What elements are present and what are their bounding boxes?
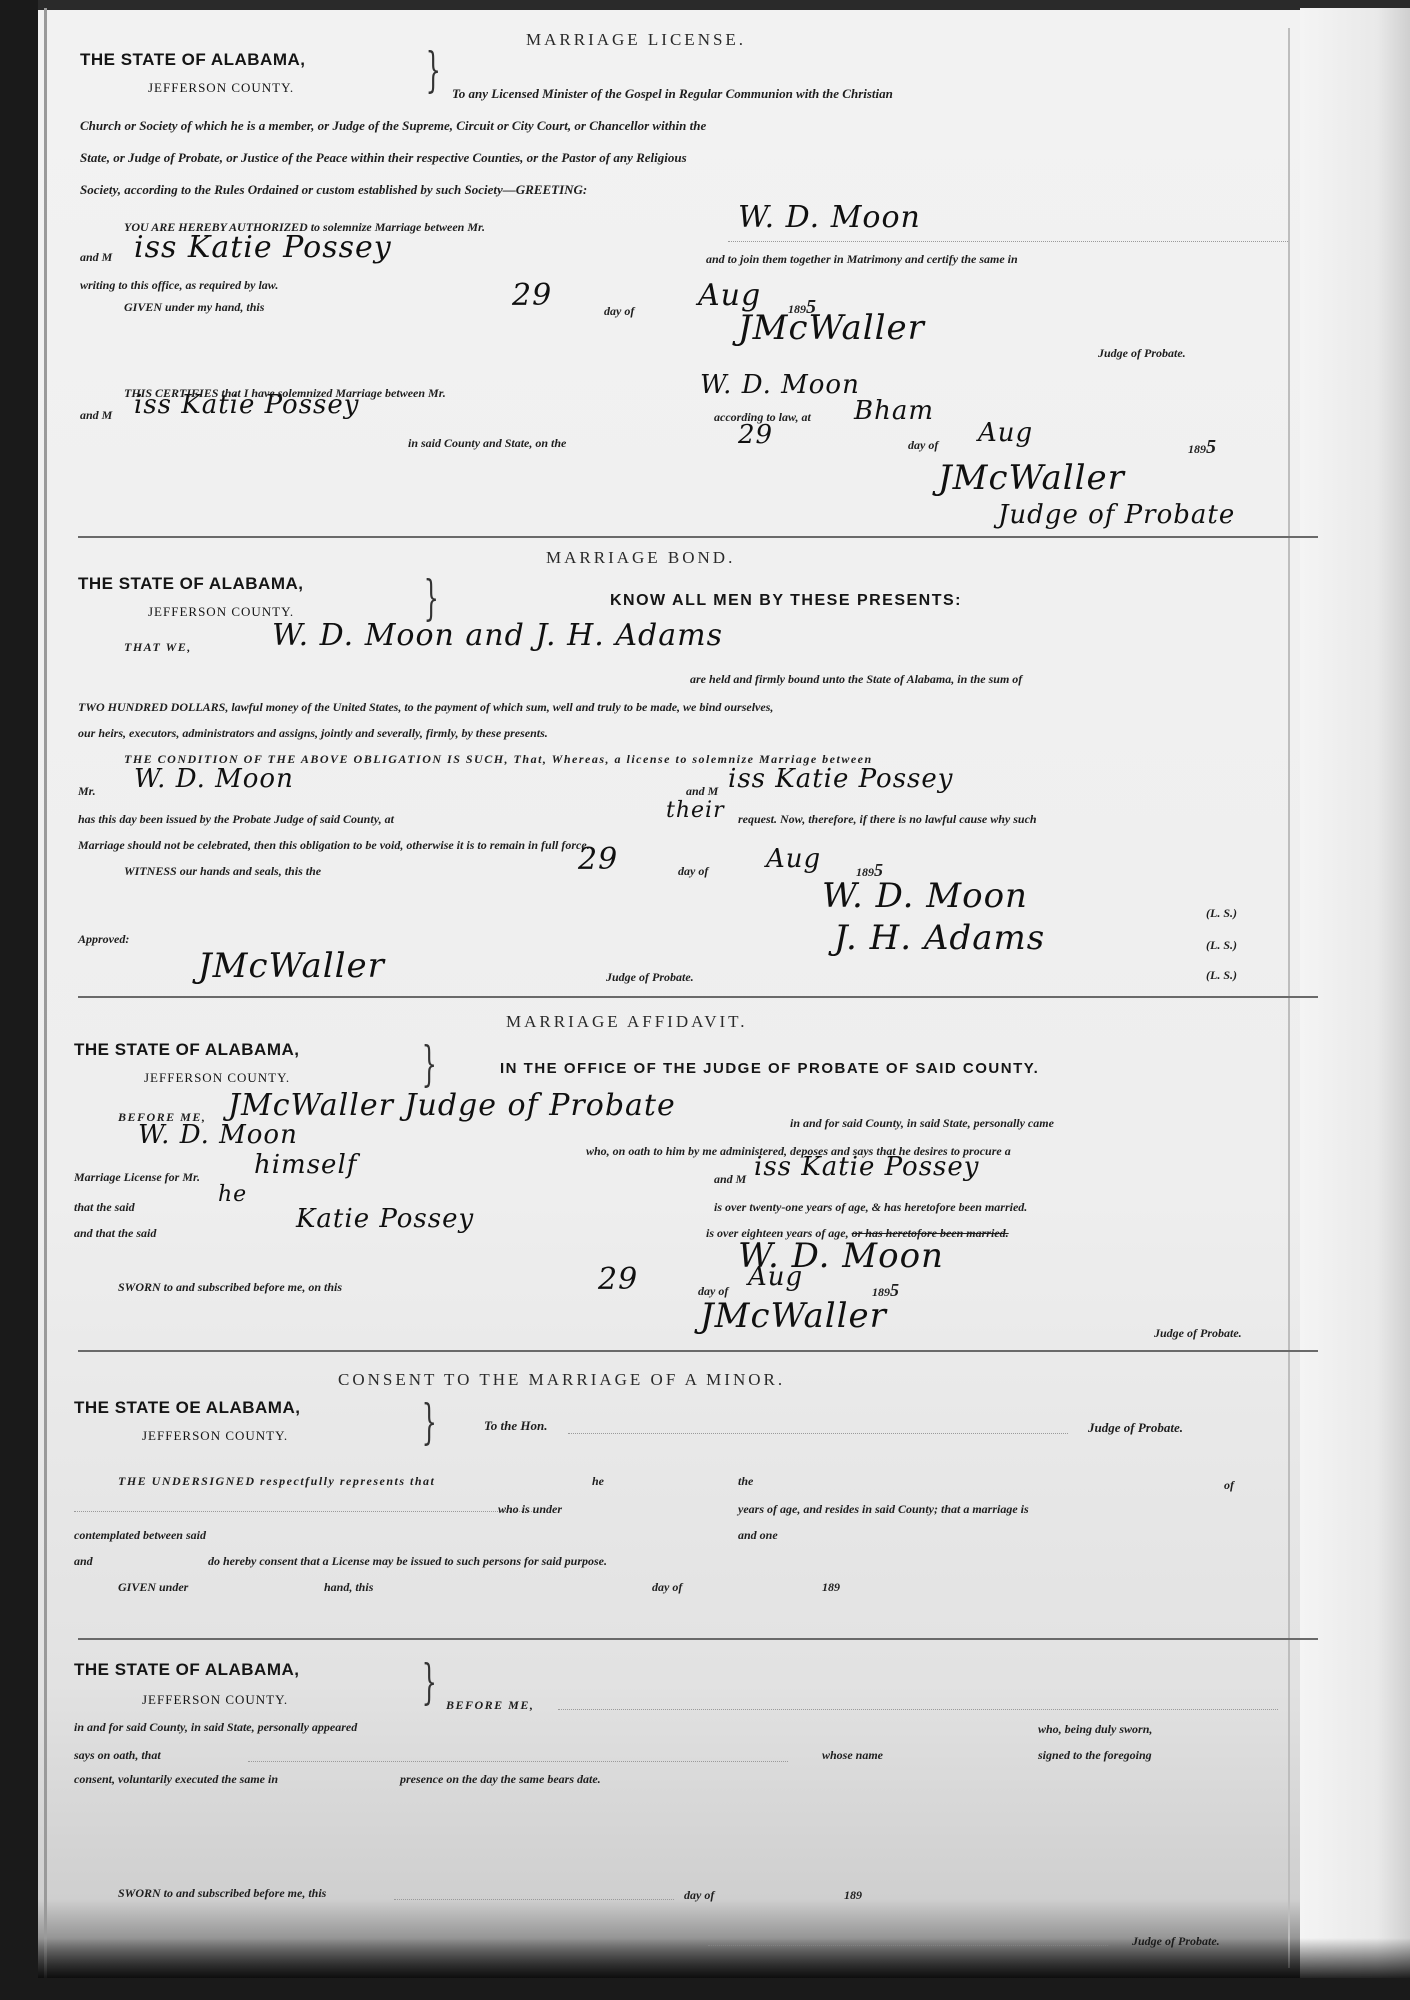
license-groom-name: W. D. Moon (738, 200, 921, 235)
that-said-label: that the said (74, 1200, 135, 1215)
document-page: MARRIAGE LICENSE. THE STATE OF ALABAMA, … (38, 8, 1410, 1978)
affidavit-year-suffix: 5 (890, 1280, 899, 1300)
cert-day-of-label: day of (908, 438, 938, 453)
proof-year-prefix: 189 (844, 1888, 862, 1903)
who-under-label: who is under (498, 1502, 562, 1517)
years-age-text: years of age, and resides in said County… (738, 1502, 1029, 1517)
seal-label-1: (L. S.) (1206, 906, 1237, 921)
bond-sum-line: TWO HUNDRED DOLLARS, lawful money of the… (78, 700, 773, 715)
writing-text: writing to this office, as required by l… (80, 278, 278, 293)
says-oath-text: says on oath, that (74, 1748, 161, 1763)
license-address-line-4: Society, according to the Rules Ordained… (80, 182, 587, 198)
license-title: MARRIAGE LICENSE. (526, 30, 746, 50)
fill-line (568, 1432, 1068, 1434)
hand-this-label: hand, this (324, 1580, 373, 1595)
bracket-icon: } (426, 46, 441, 94)
affidavit-judge-label: Judge of Probate. (1154, 1326, 1242, 1341)
license-address-line-2: Church or Society of which he is a membe… (80, 118, 706, 134)
bond-and-miss-label: and M (686, 784, 718, 799)
sworn-label: SWORN to and subscribed before me, on th… (118, 1280, 342, 1295)
signed-to-text: signed to the foregoing (1038, 1748, 1152, 1763)
section-divider (78, 1638, 1318, 1640)
cert-groom-name: W. D. Moon (700, 370, 860, 400)
and-miss-label: and M (80, 250, 112, 265)
to-hon-label: To the Hon. (484, 1418, 547, 1434)
affidavit-judge-signature: JMcWaller (700, 1296, 887, 1336)
know-all-men-heading: KNOW ALL MEN BY THESE PRESENTS: (610, 592, 962, 610)
bond-title: MARRIAGE BOND. (546, 548, 735, 568)
cert-bride-name: iss Katie Possey (134, 390, 359, 420)
issued-line-a: has this day been issued by the Probate … (78, 812, 394, 827)
request-by: their (666, 798, 725, 823)
consent-given-label: GIVEN under (118, 1580, 188, 1595)
proof-day-of-label: day of (684, 1888, 714, 1903)
proof-sworn-label: SWORN to and subscribed before me, this (118, 1886, 326, 1901)
that-said-name: he (218, 1182, 247, 1207)
affidavit-month: Aug (748, 1262, 803, 1292)
contemplated-label: contemplated between said (74, 1528, 206, 1543)
seal-label-2: (L. S.) (1206, 938, 1237, 953)
bond-judge-label: Judge of Probate. (606, 970, 694, 985)
of-label: of (1224, 1478, 1234, 1493)
witness-label: WITNESS our hands and seals, this the (124, 864, 321, 879)
over-21-text: is over twenty-one years of age, & has h… (714, 1200, 1027, 1215)
fill-line (394, 1898, 674, 1900)
given-day: 29 (512, 278, 552, 313)
affidavit-bride-name: iss Katie Possey (754, 1152, 979, 1182)
affidavit-state-heading: THE STATE OF ALABAMA, (74, 1040, 300, 1060)
given-label: GIVEN under my hand, this (124, 300, 264, 315)
officiant-title: Judge of Probate (998, 500, 1235, 530)
proof-state-heading: THE STATE OF ALABAMA, (74, 1660, 300, 1680)
presence-text: presence on the day the same bears date. (400, 1772, 601, 1787)
bond-state-heading: THE STATE OF ALABAMA, (78, 574, 304, 594)
consent-state-heading: THE STATE OE ALABAMA, (74, 1398, 300, 1418)
cert-day: 29 (738, 420, 773, 450)
before-me-name: JMcWaller Judge of Probate (228, 1088, 676, 1123)
cert-year-suffix: 5 (1206, 436, 1216, 458)
proof-before-me-label: BEFORE ME, (446, 1698, 534, 1713)
section-divider (78, 536, 1318, 538)
judge-signature: JMcWaller (738, 308, 925, 348)
cert-and-miss-label: and M (80, 408, 112, 423)
bond-day: 29 (578, 842, 618, 877)
and-that-label: and that the said (74, 1226, 156, 1241)
scan-top-edge (38, 0, 1410, 10)
license-bride-name: iss Katie Possey (134, 230, 392, 265)
cert-place: Bham (854, 396, 934, 426)
consent-county-heading: JEFFERSON COUNTY. (142, 1428, 288, 1444)
whose-name-label: whose name (822, 1748, 883, 1763)
license-address-line-3: State, or Judge of Probate, or Justice o… (80, 150, 687, 166)
section-divider (78, 1350, 1318, 1352)
fill-line (74, 1510, 534, 1512)
fill-line (248, 1760, 788, 1762)
fill-line (558, 1708, 1278, 1710)
license-for-name: himself (254, 1150, 357, 1180)
and-that-name: Katie Possey (296, 1204, 474, 1234)
in-and-for-text: in and for said County, in said State, p… (790, 1116, 1054, 1131)
fill-line (728, 240, 1288, 242)
judge-label: Judge of Probate. (1098, 346, 1186, 361)
affidavit-day: 29 (598, 1262, 638, 1297)
appeared-text: in and for said County, in said State, p… (74, 1720, 357, 1735)
office-line-heading: IN THE OFFICE OF THE JUDGE OF PROBATE OF… (500, 1060, 1039, 1077)
cert-year-prefix: 189 (1188, 442, 1206, 456)
he-label: he (592, 1474, 604, 1489)
bond-day-of-label: day of (678, 864, 708, 879)
license-county-heading: JEFFERSON COUNTY. (148, 80, 294, 96)
seal-label-3: (L. S.) (1206, 968, 1237, 983)
bracket-icon: } (424, 574, 439, 622)
bracket-icon: } (422, 1398, 437, 1446)
held-bound-text: are held and firmly bound unto the State… (690, 672, 1022, 687)
consent-exec-text: consent, voluntarily executed the same i… (74, 1772, 278, 1787)
affidavit-county-heading: JEFFERSON COUNTY. (144, 1070, 290, 1086)
affiant-name: W. D. Moon (138, 1120, 298, 1150)
day-of-label: day of (604, 304, 634, 319)
bond-month: Aug (766, 844, 821, 874)
bracket-icon: } (422, 1658, 437, 1706)
mr-label: Mr. (78, 784, 96, 799)
bracket-icon: } (422, 1040, 437, 1088)
consent-line: do hereby consent that a License may be … (208, 1554, 607, 1569)
the-label: the (738, 1474, 753, 1489)
section-divider (78, 996, 1318, 998)
right-margin-strip (1300, 8, 1410, 1978)
consent-judge-label: Judge of Probate. (1088, 1420, 1183, 1436)
bond-bride-name: iss Katie Possey (728, 764, 953, 794)
issued-line-b: request. Now, therefore, if there is no … (738, 812, 1037, 827)
duly-sworn-text: who, being duly sworn, (1038, 1722, 1152, 1737)
right-margin-rule (1288, 28, 1290, 1968)
license-address-line-1: To any Licensed Minister of the Gospel i… (452, 86, 893, 102)
bond-signature-moon: W. D. Moon (822, 876, 1028, 916)
consent-day-of-label: day of (652, 1580, 682, 1595)
officiant-signature: JMcWaller (938, 458, 1125, 498)
approved-label: Approved: (78, 932, 129, 947)
bond-principals: W. D. Moon and J. H. Adams (272, 618, 723, 653)
bond-heirs-line: our heirs, executors, administrators and… (78, 726, 548, 741)
proof-county-heading: JEFFERSON COUNTY. (142, 1692, 288, 1708)
left-margin-rule (44, 8, 47, 1978)
license-state-heading: THE STATE OF ALABAMA, (80, 50, 306, 70)
consent-year-prefix: 189 (822, 1580, 840, 1595)
bond-groom-name: W. D. Moon (134, 764, 294, 794)
bond-signature-adams: J. H. Adams (834, 918, 1045, 958)
affidavit-and-miss-label: and M (714, 1172, 746, 1187)
that-we-label: THAT WE, (124, 640, 192, 655)
license-for-label: Marriage License for Mr. (74, 1170, 200, 1185)
and-one-label: and one (738, 1528, 778, 1543)
approved-signature: JMcWaller (198, 946, 385, 986)
affidavit-title: MARRIAGE AFFIDAVIT. (506, 1012, 748, 1032)
undersigned-text: THE UNDERSIGNED respectfully represents … (118, 1474, 435, 1489)
scan-bottom-shadow (38, 1938, 1410, 1978)
join-text: and to join them together in Matrimony a… (706, 252, 1018, 267)
cert-month: Aug (978, 418, 1033, 448)
in-said-county-label: in said County and State, on the (408, 436, 566, 451)
consent-and-label: and (74, 1554, 93, 1569)
consent-title: CONSENT TO THE MARRIAGE OF A MINOR. (338, 1370, 785, 1390)
void-line: Marriage should not be celebrated, then … (78, 838, 590, 853)
